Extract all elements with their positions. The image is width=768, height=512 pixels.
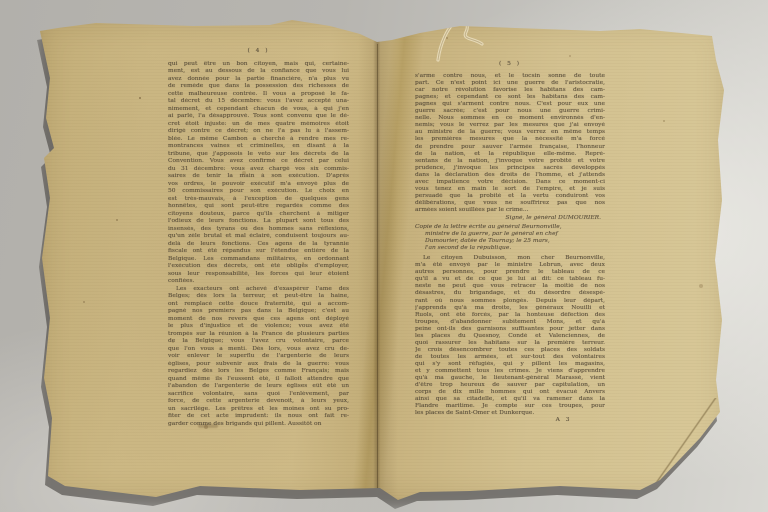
text-line: Copie de la lettre écrite au général Beu… — [415, 224, 605, 231]
page-right-text: s'arme contre nous, et le tocsin sonne d… — [415, 73, 605, 424]
text-line: ont remplacé cette douce fraternité, qui… — [168, 301, 349, 309]
text-line: l'an second de la république. — [415, 245, 605, 252]
text-line: part. Ce n'est point ici une guerre de l… — [415, 80, 605, 87]
photo-of-historical-pamphlet: { "colors": { "background_gray": "#bcbab… — [0, 0, 768, 512]
page-number-right: ( 5 ) — [415, 61, 605, 68]
text-line: prudence, j'invoque les principes sacrés… — [415, 165, 605, 172]
text-line: moment de nos revers que ces agens ont d… — [168, 316, 349, 324]
paper-stains — [139, 97, 141, 99]
text-line: et y commettent tous les crimes. Je vien… — [415, 368, 605, 375]
text-line: peine ont-ils des garnisons suffisantes … — [415, 326, 605, 333]
text-line: rant où nous sommes plongés. Depuis leur… — [415, 298, 605, 305]
text-line: pagnes; et cependant ce sont les habitan… — [415, 94, 605, 101]
page-left: ( 4 ) qui peut être un bon citoyen, mais… — [168, 48, 349, 428]
text-line: Convention. Vous avez confirmé ce décret… — [168, 158, 349, 166]
text-line: quand même ils l'eussent été, il falloit… — [168, 376, 349, 384]
text-line: l'exécution des décrets, ont été obligés… — [168, 263, 349, 271]
text-line: qu'à ma gauche, le lieutenant-général Ma… — [415, 375, 605, 382]
text-line: nelle. Nous sommes en ce moment environn… — [415, 115, 605, 122]
text-line: sous leur responsabilité, les forces qui… — [168, 271, 349, 279]
text-line: ai parlé, l'a désapprouvé. Tous sont con… — [168, 113, 349, 121]
text-line: Ruols, ont été forcés, par la honteuse d… — [415, 312, 605, 319]
text-line: sentans de la nation, j'invoque votre pr… — [415, 158, 605, 165]
text-line: de la nation, et la république elle-même… — [415, 151, 605, 158]
text-line: corps de dix mille hommes qui ont évacué… — [415, 389, 605, 396]
text-line: neste ne peut que vous retracer la moiti… — [415, 283, 605, 290]
text-line: Flandre maritime. Je compte sur ces trou… — [415, 403, 605, 410]
text-line: citoyens douteux, parce qu'ils cherchent… — [168, 211, 349, 219]
text-line: honnêtes, qui sont peut-être regardés co… — [168, 203, 349, 211]
text-line: s'arme contre nous, et le tocsin sonne d… — [415, 73, 605, 80]
text-line: j'apprends qu'à ma droite, les généraux … — [415, 305, 605, 312]
page-right: ( 5 ) s'arme contre nous, et le tocsin s… — [415, 61, 605, 424]
text-line: Belges; dès lors la terreur, et peut-êtr… — [168, 293, 349, 301]
text-line: églises, pour subvenir aux frais de la g… — [168, 361, 349, 369]
paragraph: Les exacteurs ont achevé d'exaspérer l'a… — [168, 286, 349, 429]
text-line: désastres, du brigandage, et du désordre… — [415, 290, 605, 297]
text-line: qui peut être un bon citoyen, mais qui, … — [168, 61, 349, 69]
text-line: avez donnée pour la partie financière, n… — [168, 76, 349, 84]
text-line: les premières mesures que la nécessité m… — [415, 136, 605, 143]
signature-line: Signé, le général DUMOURIER. — [415, 215, 605, 222]
text-line: confiées. — [168, 278, 349, 286]
text-line: Dumourier, datée de Tournay; le 25 mars, — [415, 238, 605, 245]
letter-heading: Copie de la lettre écrite au général Beu… — [415, 224, 605, 252]
text-line: garder comme des brigands qui pillent. A… — [168, 421, 349, 429]
text-line: vous tenez en main le sort de l'empire, … — [415, 186, 605, 193]
text-line: nemis; vous le verrez par les mesures qu… — [415, 122, 605, 129]
text-line: A 3 — [415, 417, 605, 424]
text-line: 50 commissaires pour son exécution. Le c… — [168, 188, 349, 196]
text-line: tribune, que j'apposois le veto sur les … — [168, 151, 349, 159]
text-line: que l'on vous a menti. Dès lors, vous av… — [168, 346, 349, 354]
text-line: Le citoyen Dubuisson, mon cher Beurnonvi… — [415, 255, 605, 262]
text-line: pagnes qui s'arment contre nous. C'est p… — [415, 101, 605, 108]
text-line: cette malheureuse contrée. Il vous a pro… — [168, 91, 349, 99]
text-line: avec impatience votre décision. Dans ce … — [415, 179, 605, 186]
paragraph-continuation: qui peut être un bon citoyen, mais qui, … — [168, 61, 349, 286]
text-line: ainsi que sa citadelle, et qu'il va rame… — [415, 396, 605, 403]
text-line: vos ordres, le pouvoir exécutif m'a envo… — [168, 181, 349, 189]
paragraph: Le citoyen Dubuisson, mon cher Beurnonvi… — [415, 255, 605, 417]
text-line: quoi rassurer les habitans sur la premiè… — [415, 340, 605, 347]
text-line: les places de Saint-Omer et Dunkerque. — [415, 410, 605, 417]
text-line: sacrifice volontaire, sans quoi l'enlève… — [168, 391, 349, 399]
text-line: l'odieux de leurs fonctions. La plupart … — [168, 218, 349, 226]
text-line: nimement, et cependant chacun de vous, à… — [168, 106, 349, 114]
text-line: dirigé contre ce décret; on ne l'a pas l… — [168, 128, 349, 136]
text-line: fiscale ont été répandus sur l'étendue e… — [168, 248, 349, 256]
text-line: cret étoit injuste: un de mes quatre mém… — [168, 121, 349, 129]
text-line: de toutes les armées, et sur-tout des vo… — [415, 354, 605, 361]
text-line: Je crois désencombrer toutes ces places … — [415, 347, 605, 354]
text-line: Signé, le général DUMOURIER. — [415, 215, 605, 222]
text-line: fiter de cet acte imprudent: ils nous on… — [168, 413, 349, 421]
text-line: armées soient souillées par le crime... — [415, 207, 605, 214]
text-line: qu'un zèle brutal et mal éclairé, condui… — [168, 233, 349, 241]
text-line: trompés sur la réunion à la France de pl… — [168, 331, 349, 339]
text-line: troupes, d'abandonner subitement Mons, e… — [415, 319, 605, 326]
text-line: de la Belgique; vous l'avez cru volontai… — [168, 338, 349, 346]
text-line: qu'il a vu et de ce que je lui ai dit: c… — [415, 276, 605, 283]
paragraph-continuation: s'arme contre nous, et le tocsin sonne d… — [415, 73, 605, 214]
text-line: est très-mauvais, à l'exception de quelq… — [168, 196, 349, 204]
text-line: d'être trop heureux de sauver par capitu… — [415, 382, 605, 389]
text-line: blée. Le même Cambon a cherché à rendre … — [168, 136, 349, 144]
text-line: insensés, des tyrans ou des hommes sans … — [168, 226, 349, 234]
text-line: de remède que dans la possession des ric… — [168, 83, 349, 91]
text-line: les places du Quesnoy, Condé et Valencie… — [415, 333, 605, 340]
gutter-fold-line — [377, 44, 378, 496]
page-gutter-shading — [358, 18, 398, 502]
text-line: le plus d'injustice et de violence; vous… — [168, 323, 349, 331]
pamphlet-spread: ( 4 ) qui peut être un bon citoyen, mais… — [38, 18, 728, 502]
text-line: montrances vaines et criminelles, en dis… — [168, 143, 349, 151]
text-line: force, de cette argenterie devenoit, à l… — [168, 398, 349, 406]
text-line: au ministre de la guerre; vous verrez en… — [415, 129, 605, 136]
fold-crease-line — [634, 398, 730, 494]
page-number-left: ( 4 ) — [168, 48, 349, 56]
text-line: autres personnes, pour prendre le tablea… — [415, 269, 605, 276]
text-line: délibérations, que vous ne souffrirez pa… — [415, 200, 605, 207]
page-left-text: qui peut être un bon citoyen, mais qui, … — [168, 61, 349, 429]
text-line: l'abandon de l'argenterie de leurs églis… — [168, 383, 349, 391]
text-line: dans la déclaration des droits de l'homm… — [415, 172, 605, 179]
text-line: du 31 décembre: vous avez chargé vos six… — [168, 166, 349, 174]
printer-signature-mark: A 3 — [415, 417, 605, 424]
text-line: Les exacteurs ont achevé d'exaspérer l'a… — [168, 286, 349, 294]
text-line: guerre sacrée; c'est pour nous une guerr… — [415, 108, 605, 115]
text-line: de prendre pour sauver l'armée française… — [415, 144, 605, 151]
text-line: m'a été envoyé par le ministre Lebrun, a… — [415, 262, 605, 269]
text-line: persuadé que la probité et la vertu cond… — [415, 193, 605, 200]
text-line: ment, est au dessous de la confiance que… — [168, 68, 349, 76]
text-line: un sacrilège. Les prêtres et les moines … — [168, 406, 349, 414]
text-line: tal décret du 15 décembre: vous l'avez a… — [168, 98, 349, 106]
text-line: car notre révolution favorise les habita… — [415, 87, 605, 94]
text-line: delà de leurs fonctions. Ces agens de la… — [168, 241, 349, 249]
text-line: regardiez dès lors les Belges comme Fran… — [168, 368, 349, 376]
text-line: voir enlever le superflu de l'argenterie… — [168, 353, 349, 361]
text-line: Belgique. Les commandans militaires, en … — [168, 256, 349, 264]
text-line: pagné nos premiers pas dans la Belgique;… — [168, 308, 349, 316]
text-line: ministre de la guerre, par le général en… — [415, 231, 605, 238]
text-line: qui s'y sont réfugiés, qui y pillent les… — [415, 361, 605, 368]
text-line: saires de tenir la main à son exécution.… — [168, 173, 349, 181]
